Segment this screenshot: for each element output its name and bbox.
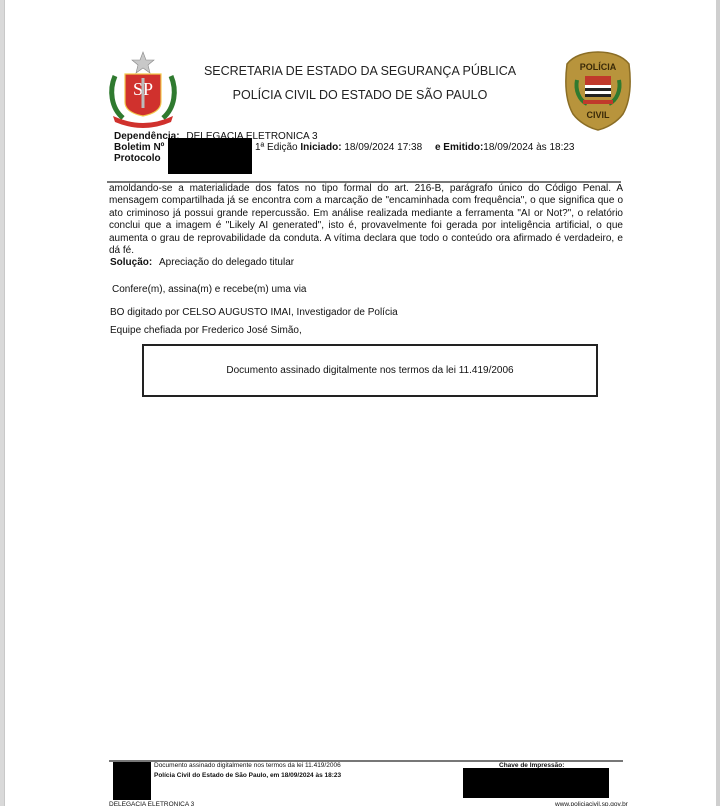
footer-issuer-line: Polícia Civil do Estado de São Paulo, em… <box>154 771 341 781</box>
solucao-label: Solução: <box>110 257 152 268</box>
emitido-label: e Emitido: <box>435 142 483 153</box>
iniciado-label: Iniciado: <box>300 142 341 153</box>
boletim-dates-row: 1ª Edição Iniciado: 18/09/2024 17:38 e E… <box>255 142 575 153</box>
redaction-box-qr <box>113 762 151 800</box>
footer-unit: DELEGACIA ELETRONICA 3 <box>109 800 194 806</box>
solucao-value: Apreciação do delegado titular <box>159 257 294 268</box>
redaction-box-boletim <box>168 138 252 174</box>
narrative-paragraph: amoldando-se a materialidade dos fatos n… <box>109 183 623 257</box>
digital-signature-box: Documento assinado digitalmente nos term… <box>142 344 598 397</box>
confere-text: Confere(m), assina(m) e recebe(m) uma vi… <box>112 284 307 295</box>
viewer-scrollbar[interactable] <box>716 0 720 806</box>
header-secretaria: SECRETARIA DE ESTADO DA SEGURANÇA PÚBLIC… <box>165 64 555 78</box>
iniciado-value: 18/09/2024 17:38 <box>344 142 422 153</box>
footer-website: www.policiacivil.sp.gov.br <box>555 800 628 806</box>
svg-text:CIVIL: CIVIL <box>586 110 610 120</box>
boletim-label: Boletim Nº <box>114 142 164 153</box>
equipe-text: Equipe chefiada por Frederico José Simão… <box>110 325 302 336</box>
header-policia-civil: POLÍCIA CIVIL DO ESTADO DE SÃO PAULO <box>165 88 555 102</box>
edicao: 1ª Edição <box>255 142 298 153</box>
emitido-value: 18/09/2024 às 18:23 <box>483 142 574 153</box>
svg-text:POLÍCIA: POLÍCIA <box>580 62 617 72</box>
redaction-box-chave <box>463 768 609 798</box>
digitado-text: BO digitado por CELSO AUGUSTO IMAI, Inve… <box>110 307 398 318</box>
solucao-row: Solução: Apreciação do delegado titular <box>110 257 294 268</box>
document-page: SP SECRETARIA DE ESTADO DA SEGURANÇA PÚB… <box>4 0 718 806</box>
policia-civil-badge-icon: POLÍCIA CIVIL <box>563 50 633 132</box>
footer-signature-line: Documento assinado digitalmente nos term… <box>154 761 341 771</box>
protocolo-label: Protocolo <box>114 153 161 164</box>
